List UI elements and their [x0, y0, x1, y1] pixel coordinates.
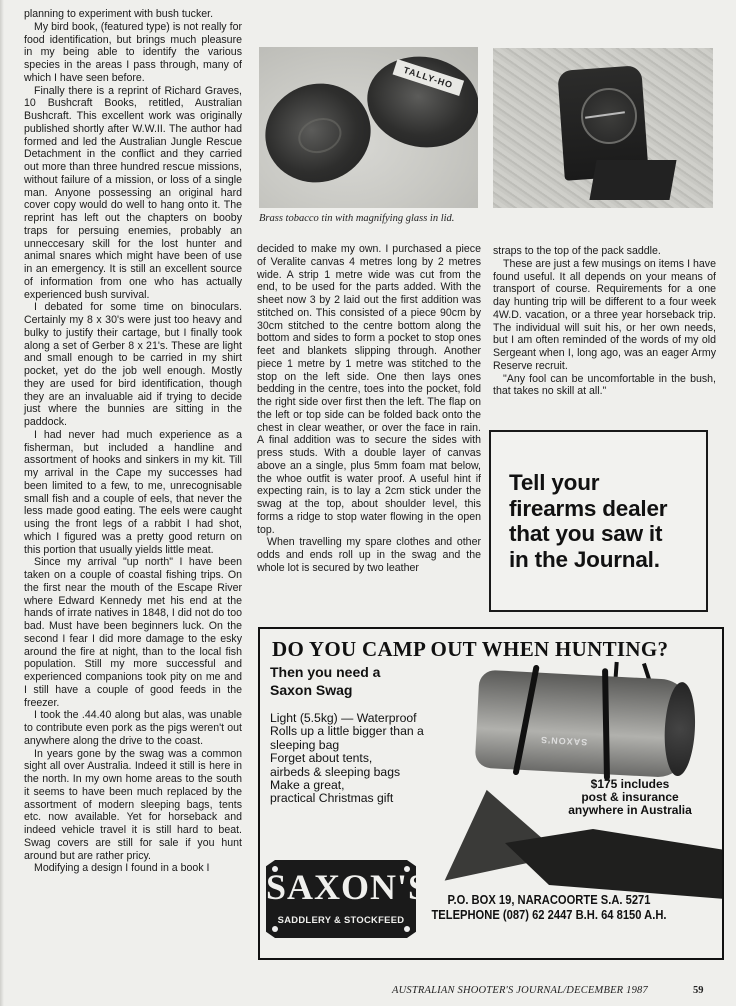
- ad-feature: practical Christmas gift: [270, 792, 424, 805]
- paragraph: straps to the top of the pack saddle.: [493, 245, 716, 258]
- paragraph: My bird book, (featured type) is not rea…: [24, 21, 242, 85]
- screw-icon: [404, 926, 410, 932]
- logo-brand-name: SAXON'S: [266, 866, 416, 908]
- tin-label: TALLY-HO: [393, 59, 465, 96]
- screw-icon: [272, 926, 278, 932]
- ad-feature: Make a great,: [270, 779, 424, 792]
- ad-subheadline-line: Saxon Swag: [270, 682, 380, 700]
- paragraph: I had never had much experience as a fis…: [24, 429, 242, 557]
- tin-base-image: [259, 70, 384, 196]
- swag-roll-end-icon: [662, 681, 697, 776]
- paragraph: Finally there is a reprint of Richard Gr…: [24, 85, 242, 302]
- tin-lid-image: TALLY-HO: [360, 48, 478, 156]
- paragraph: Since my arrival "up north" I have been …: [24, 556, 242, 709]
- strap-icon: [513, 664, 540, 775]
- ad-address: P.O. BOX 19, NARACOORTE S.A. 5271: [420, 893, 678, 908]
- tobacco-tin-photo: TALLY-HO: [259, 47, 478, 208]
- publication-footer: AUSTRALIAN SHOOTER'S JOURNAL/DECEMBER 19…: [392, 985, 648, 996]
- ad-feature: airbeds & sleeping bags: [270, 766, 424, 779]
- article-column-3: straps to the top of the pack saddle. Th…: [493, 245, 716, 398]
- paragraph: "Any fool can be uncomfortable in the bu…: [493, 373, 716, 399]
- unrolled-swag-image: [435, 789, 720, 899]
- saxons-logo: SAXON'S SADDLERY & STOCKFEED: [266, 860, 416, 938]
- ad-headline: DO YOU CAMP OUT WHEN HUNTING?: [272, 637, 722, 662]
- paragraph: I took the .44.40 along but alas, was un…: [24, 709, 242, 747]
- page-number: 59: [693, 985, 704, 996]
- ad-feature: sleeping bag: [270, 739, 424, 752]
- paragraph: I debated for some time on binoculars. C…: [24, 301, 242, 429]
- ad-contact-info: P.O. BOX 19, NARACOORTE S.A. 5271 TELEPH…: [420, 893, 678, 922]
- page-edge: [0, 0, 4, 1006]
- ad-feature: Light (5.5kg) — Waterproof: [270, 712, 424, 725]
- paragraph: When travelling my spare clothes and oth…: [257, 536, 481, 574]
- ad-feature: Rolls up a little bigger than a: [270, 725, 424, 738]
- saxon-swag-advertisement: DO YOU CAMP OUT WHEN HUNTING? Then you n…: [258, 627, 724, 960]
- swag-cover-icon: [505, 829, 724, 899]
- dealer-line: in the Journal.: [509, 547, 667, 573]
- logo-tagline: SADDLERY & STOCKFEED: [266, 914, 416, 925]
- compass-photo: [493, 48, 713, 208]
- rolled-swag-image: SAXON'S: [475, 670, 692, 779]
- dealer-notice-box: Tell your firearms dealer that you saw i…: [489, 430, 708, 612]
- dealer-line: firearms dealer: [509, 496, 667, 522]
- swag-brand-label: SAXON'S: [540, 735, 588, 747]
- article-column-1: planning to experiment with bush tucker.…: [24, 8, 242, 875]
- paragraph: Modifying a design I found in a book I: [24, 862, 242, 875]
- magnifying-glass-image: [294, 113, 346, 159]
- photo-caption: Brass tobacco tin with magnifying glass …: [259, 213, 481, 224]
- dealer-notice-text: Tell your firearms dealer that you saw i…: [509, 470, 667, 572]
- compass-base-image: [589, 160, 676, 200]
- paragraph: decided to make my own. I purchased a pi…: [257, 243, 481, 536]
- strap-icon: [602, 668, 610, 780]
- dealer-line: that you saw it: [509, 521, 667, 547]
- dealer-line: Tell your: [509, 470, 667, 496]
- paragraph: These are just a few musings on items I …: [493, 258, 716, 373]
- ad-feature: Forget about tents,: [270, 752, 424, 765]
- article-column-2: decided to make my own. I purchased a pi…: [257, 243, 481, 575]
- ad-telephone: TELEPHONE (087) 62 2447 B.H. 64 8150 A.H…: [420, 908, 678, 923]
- paragraph: In years gone by the swag was a com­mon …: [24, 748, 242, 863]
- ad-subheadline: Then you need a Saxon Swag: [270, 664, 380, 699]
- paragraph: planning to experiment with bush tucker.: [24, 8, 242, 21]
- ad-subheadline-line: Then you need a: [270, 664, 380, 682]
- ad-feature-list: Light (5.5kg) — Waterproof Rolls up a li…: [270, 712, 424, 806]
